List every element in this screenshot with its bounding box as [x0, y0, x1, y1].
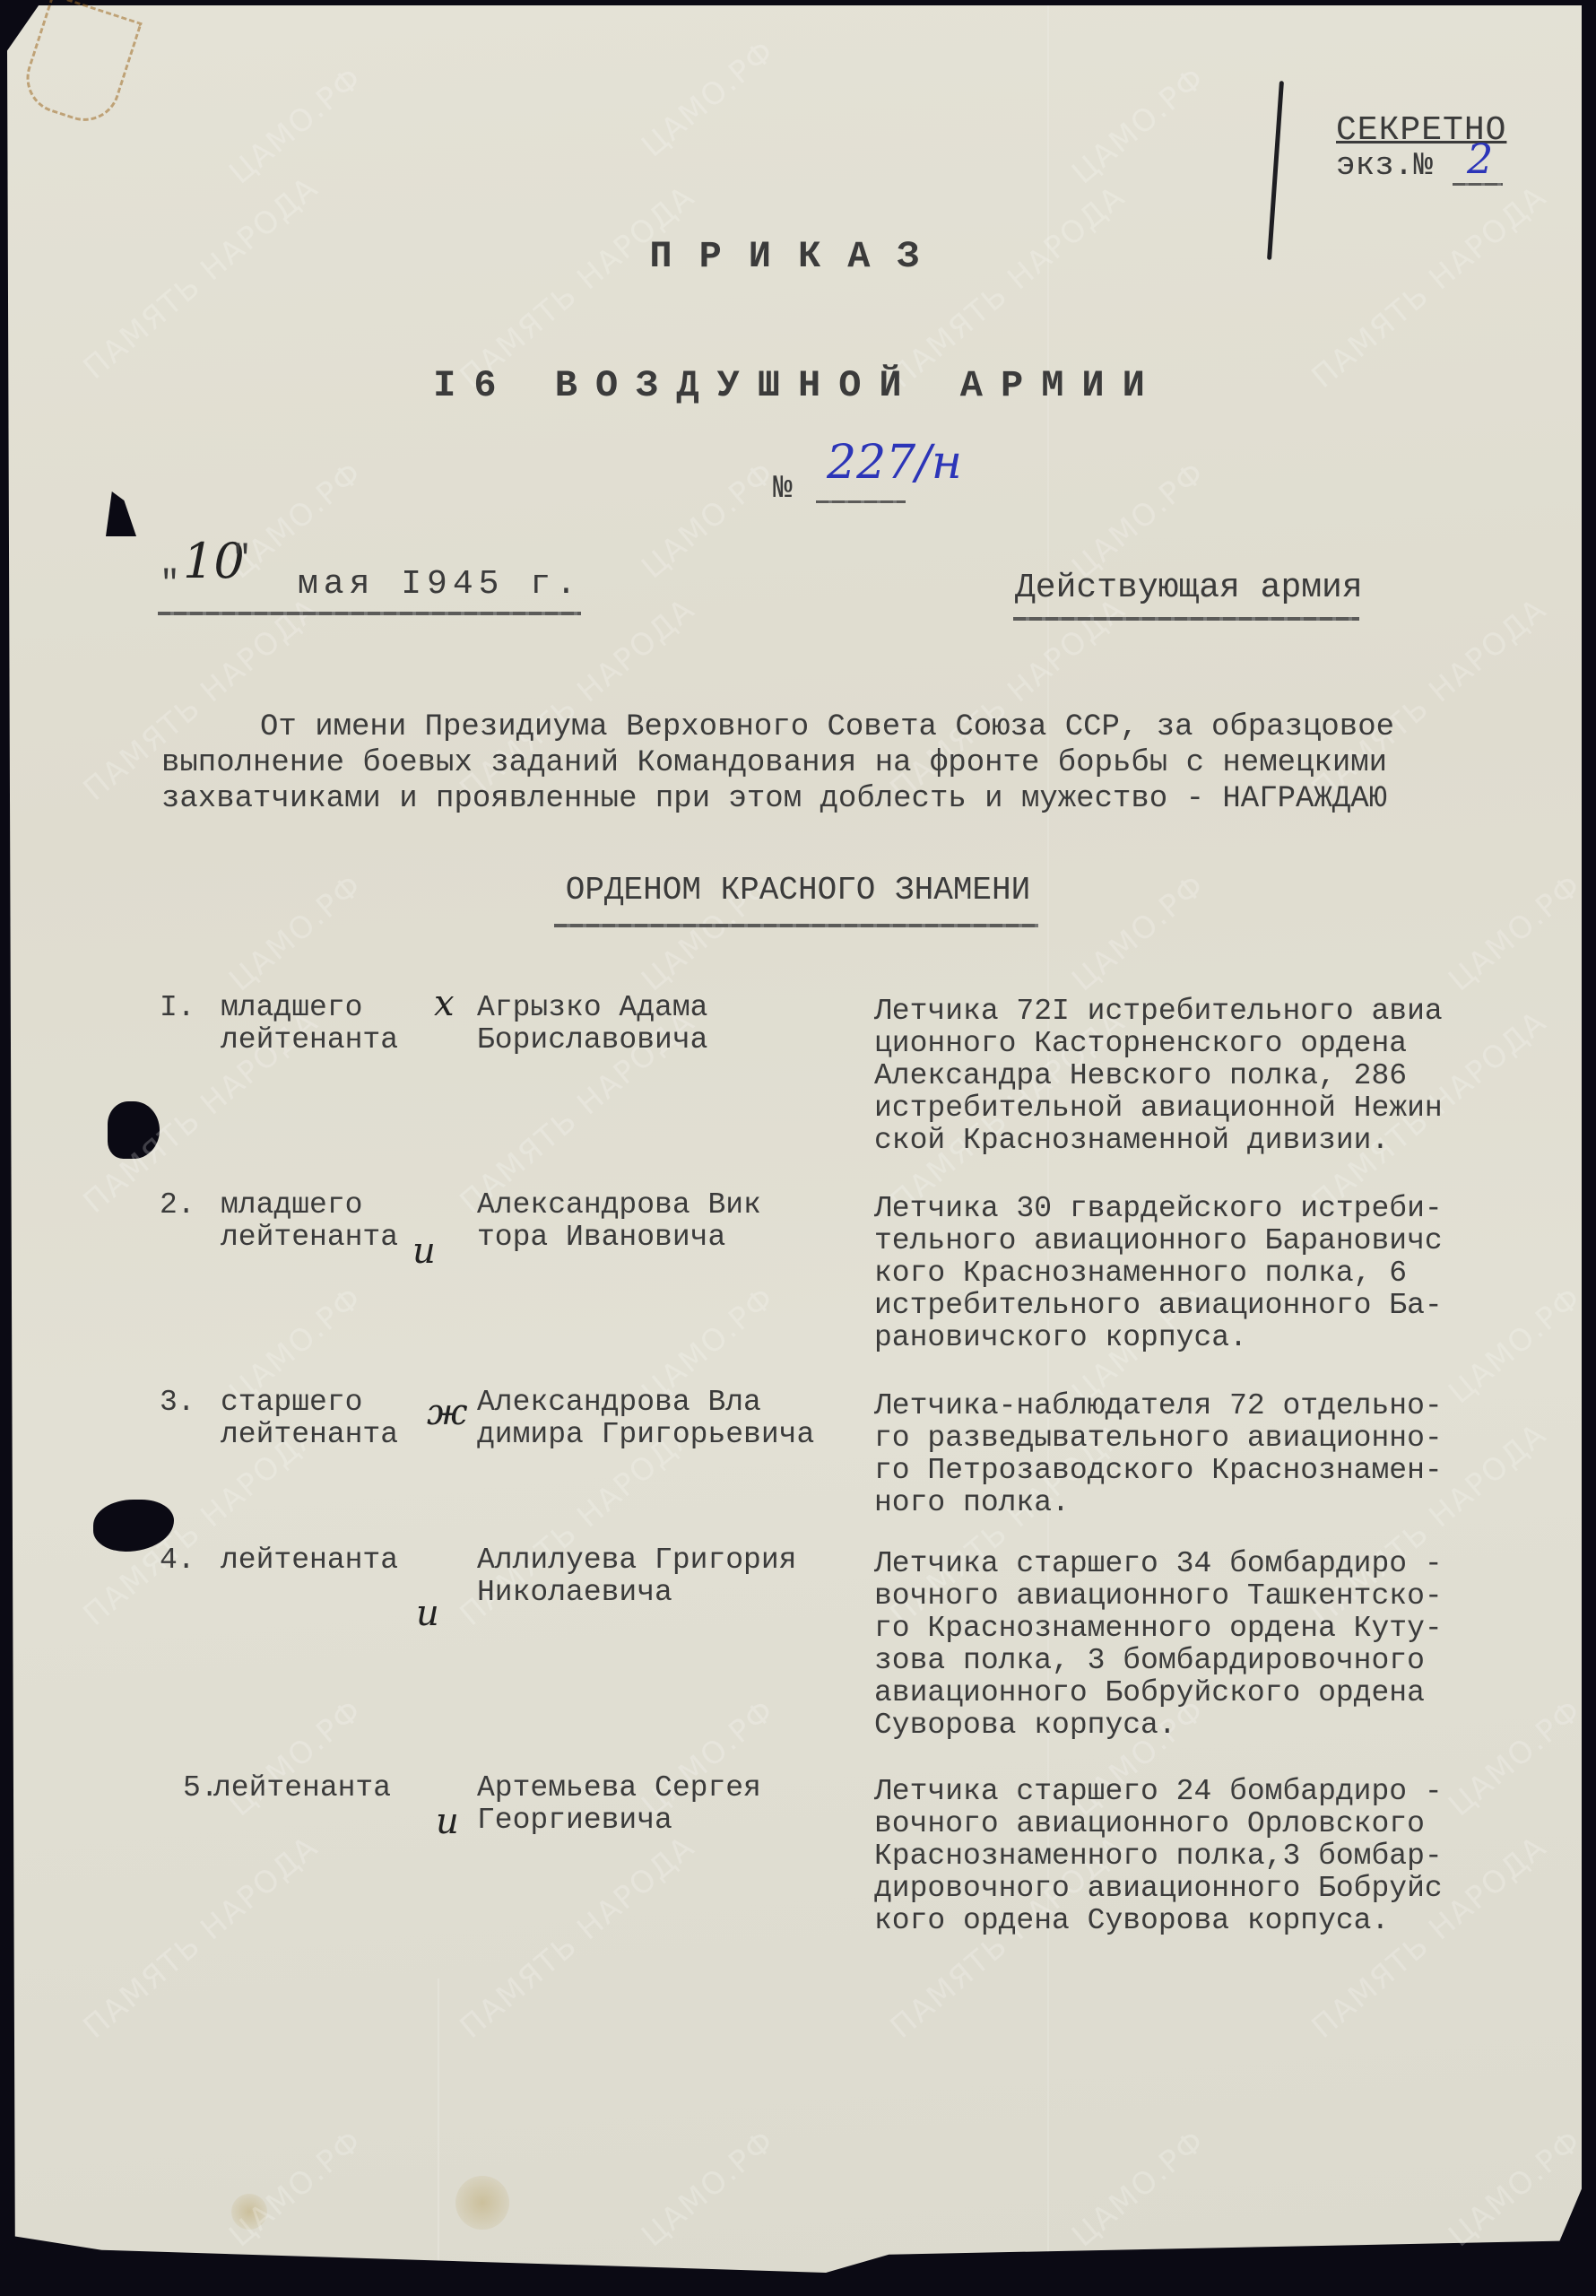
document-subtitle: I6 ВОЗДУШНОЙ АРМИИ — [0, 364, 1596, 407]
copy-underline — [1453, 183, 1503, 186]
order-number-prefix: № — [773, 470, 793, 507]
awardee-number: 3. — [160, 1387, 195, 1419]
order-number-value: 227/н — [827, 436, 962, 490]
date-underline — [158, 612, 581, 615]
handwritten-checkmark: ж — [427, 1392, 467, 1433]
awardee-name: Артемьева Сергея Георгиевича — [477, 1772, 761, 1837]
awardee-number: 4. — [160, 1544, 195, 1577]
document-title: ПРИКАЗ — [0, 235, 1596, 278]
awardee-rank: старшего лейтенанта — [221, 1387, 398, 1451]
award-underline — [554, 924, 1038, 927]
copy-label: экз.№ — [1336, 147, 1433, 184]
stain — [455, 2176, 509, 2230]
awardee-name: Александрова Вик тора Ивановича — [477, 1189, 761, 1254]
awardee-rank: младшего лейтенанта — [221, 1189, 398, 1254]
preamble-line-1: От имени Президиума Верховного Совета Со… — [260, 710, 1394, 744]
awardee-number: 2. — [160, 1189, 195, 1222]
date-text: мая I945 г. — [298, 565, 582, 604]
handwritten-checkmark: х — [434, 983, 455, 1024]
award-title: ОРДЕНОМ КРАСНОГО ЗНАМЕНИ — [0, 872, 1596, 909]
location-underline — [1013, 617, 1359, 621]
awardee-name: Аллилуева Григория Николаевича — [477, 1544, 796, 1609]
location-label: Действующая армия — [1015, 569, 1363, 607]
awardee-name: Агрызко Адама Бориславовича — [477, 992, 707, 1057]
handwritten-checkmark: и — [416, 1593, 439, 1634]
paper-fold — [438, 1979, 439, 2274]
handwritten-checkmark: и — [436, 1801, 459, 1842]
awardee-position: Летчика-наблюдателя 72 отдельно- го разв… — [874, 1390, 1520, 1519]
awardee-rank: лейтенанта — [213, 1772, 391, 1805]
binder-hole — [108, 1101, 160, 1159]
handwritten-checkmark: и — [412, 1231, 436, 1272]
preamble-line-3: захватчиками и проявленные при этом добл… — [161, 782, 1387, 816]
awardee-position: Летчика 72I истребительного авиа ционног… — [874, 996, 1520, 1157]
date-quote-open: " — [160, 565, 180, 604]
preamble-line-2: выполнение боевых заданий Командования н… — [161, 746, 1387, 780]
awardee-rank: младшего лейтенанта — [221, 992, 398, 1057]
stain — [231, 2194, 267, 2230]
order-number-underline — [816, 500, 906, 503]
awardee-name: Александрова Вла димира Григорьевича — [477, 1387, 814, 1451]
date-quote-close: " — [231, 540, 252, 578]
awardee-number: I. — [160, 992, 195, 1024]
copy-number: 2 — [1467, 135, 1493, 183]
awardee-position: Летчика старшего 34 бомбардиро - вочного… — [874, 1548, 1520, 1742]
awardee-position: Летчика старшего 24 бомбардиро - вочного… — [874, 1776, 1520, 1937]
awardee-rank: лейтенанта — [221, 1544, 398, 1577]
awardee-position: Летчика 30 гвардейского истреби- тельног… — [874, 1193, 1520, 1354]
